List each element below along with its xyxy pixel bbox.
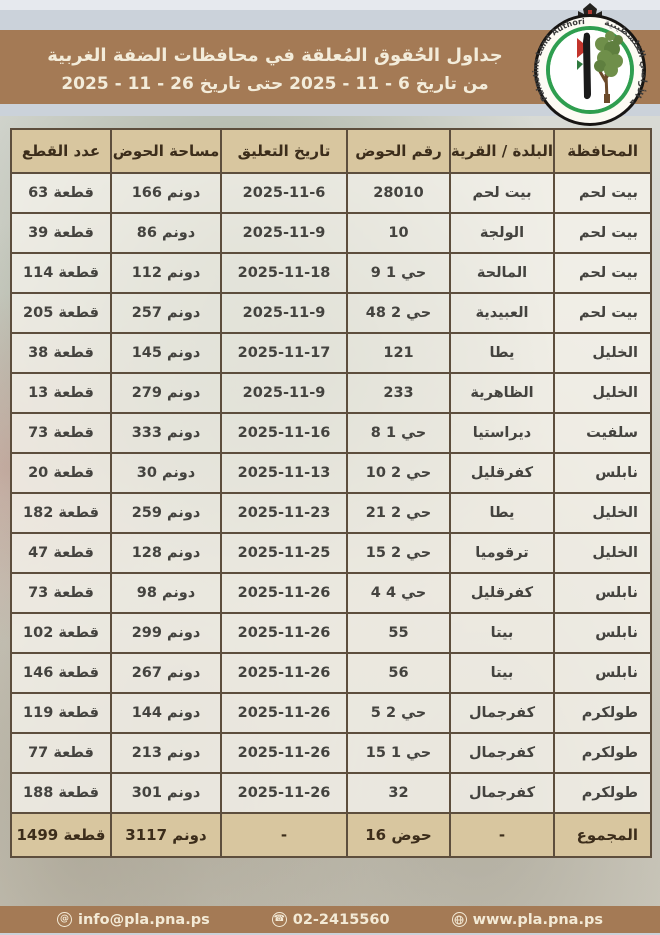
table-row: طولكرمكفرجمال322025-11-26301 دونم188 قطع… [11,773,651,813]
table-row: نابلسكفرقليل10 حي 22025-11-1330 دونم20 ق… [11,453,651,493]
cell-governorate: طولكرم [554,693,651,733]
cell-governorate: الخليل [554,333,651,373]
cell-plots-count: 47 قطعة [11,533,111,573]
suspended-rights-table: المحافظةالبلدة / القريةرقم الحوضتاريخ ال… [10,128,652,858]
table-row: سلفيتديراستيا8 حي 12025-11-16333 دونم73 … [11,413,651,453]
cell-suspension-date: 2025-11-9 [221,373,347,413]
cell-basin-number: 121 [347,333,450,373]
page-title: جداول الحُقوق المُعلقة في محافظات الضفة … [20,41,530,99]
globe-icon [452,912,467,927]
cell-governorate: سلفيت [554,413,651,453]
cell-town-village: كفرقليل [450,453,554,493]
table-row: نابلسبيتا552025-11-26299 دونم102 قطعة [11,613,651,653]
column-header-governorate: المحافظة [554,129,651,173]
total-cell-suspension-date: - [221,813,347,857]
cell-governorate: نابلس [554,573,651,613]
pla-logo: Palestine Land Authority سلطة الأراضي ال… [526,2,654,130]
cell-basin-number: 10 [347,213,450,253]
cell-town-village: العبيدية [450,293,554,333]
table-row: الخليلترقوميا15 حي 22025-11-25128 دونم47… [11,533,651,573]
table-row: الخليلالظاهرية2332025-11-9279 دونم13 قطع… [11,373,651,413]
cell-town-village: بيتا [450,613,554,653]
cell-suspension-date: 2025-11-25 [221,533,347,573]
total-cell-basin-number: 16 حوض [347,813,450,857]
cell-plots-count: 205 قطعة [11,293,111,333]
cell-suspension-date: 2025-11-26 [221,613,347,653]
table-row: الخليليطا21 حي 22025-11-23259 دونم182 قط… [11,493,651,533]
cell-plots-count: 13 قطعة [11,373,111,413]
email-icon: @ [57,912,72,927]
cell-basin-area: 257 دونم [111,293,221,333]
cell-basin-area: 299 دونم [111,613,221,653]
cell-basin-number: 28010 [347,173,450,213]
cell-basin-number: 15 حي 1 [347,733,450,773]
cell-basin-area: 166 دونم [111,173,221,213]
table-row: نابلسبيتا562025-11-26267 دونم146 قطعة [11,653,651,693]
cell-town-village: كفرقليل [450,573,554,613]
cell-governorate: طولكرم [554,733,651,773]
cell-town-village: بيت لحم [450,173,554,213]
cell-basin-area: 145 دونم [111,333,221,373]
cell-basin-number: 21 حي 2 [347,493,450,533]
total-cell-plots-count: 1499 قطعة [11,813,111,857]
cell-town-village: كفرجمال [450,693,554,733]
cell-governorate: الخليل [554,493,651,533]
cell-basin-number: 233 [347,373,450,413]
cell-basin-area: 301 دونم [111,773,221,813]
cell-suspension-date: 2025-11-9 [221,293,347,333]
cell-suspension-date: 2025-11-18 [221,253,347,293]
cell-plots-count: 73 قطعة [11,413,111,453]
cell-suspension-date: 2025-11-26 [221,693,347,733]
cell-town-village: يطا [450,493,554,533]
cell-basin-number: 9 حي 1 [347,253,450,293]
cell-plots-count: 146 قطعة [11,653,111,693]
column-header-basin-area: مساحة الحوض [111,129,221,173]
cell-plots-count: 102 قطعة [11,613,111,653]
cell-plots-count: 73 قطعة [11,573,111,613]
cell-governorate: نابلس [554,653,651,693]
cell-plots-count: 188 قطعة [11,773,111,813]
cell-basin-number: 4 حي 4 [347,573,450,613]
cell-basin-number: 56 [347,653,450,693]
table-row: طولكرمكفرجمال5 حي 22025-11-26144 دونم119… [11,693,651,733]
cell-suspension-date: 2025-11-26 [221,573,347,613]
cell-plots-count: 38 قطعة [11,333,111,373]
cell-basin-number: 48 حي 2 [347,293,450,333]
cell-basin-area: 112 دونم [111,253,221,293]
cell-town-village: ديراستيا [450,413,554,453]
phone-icon: ☎ [272,912,287,927]
cell-plots-count: 114 قطعة [11,253,111,293]
cell-basin-area: 213 دونم [111,733,221,773]
table-body: بيت لحمبيت لحم280102025-11-6166 دونم63 ق… [11,173,651,813]
cell-plots-count: 39 قطعة [11,213,111,253]
cell-suspension-date: 2025-11-23 [221,493,347,533]
cell-governorate: نابلس [554,613,651,653]
cell-basin-number: 32 [347,773,450,813]
cell-governorate: طولكرم [554,773,651,813]
cell-plots-count: 77 قطعة [11,733,111,773]
cell-plots-count: 182 قطعة [11,493,111,533]
cell-governorate: بيت لحم [554,173,651,213]
cell-basin-number: 5 حي 2 [347,693,450,733]
cell-basin-area: 267 دونم [111,653,221,693]
phone-text: 02-2415560 [293,912,390,928]
cell-basin-number: 15 حي 2 [347,533,450,573]
cell-suspension-date: 2025-11-9 [221,213,347,253]
cell-governorate: نابلس [554,453,651,493]
cell-basin-area: 86 دونم [111,213,221,253]
table-row: بيت لحمبيت لحم280102025-11-6166 دونم63 ق… [11,173,651,213]
page: جداول الحُقوق المُعلقة في محافظات الضفة … [0,0,660,935]
table-row: الخليليطا1212025-11-17145 دونم38 قطعة [11,333,651,373]
cell-town-village: المالحة [450,253,554,293]
cell-town-village: كفرجمال [450,733,554,773]
cell-town-village: كفرجمال [450,773,554,813]
cell-town-village: يطا [450,333,554,373]
cell-plots-count: 63 قطعة [11,173,111,213]
cell-basin-area: 128 دونم [111,533,221,573]
total-cell-town-village: - [450,813,554,857]
column-header-town-village: البلدة / القرية [450,129,554,173]
table-row: بيت لحمالمالحة9 حي 12025-11-18112 دونم11… [11,253,651,293]
email-text: info@pla.pna.ps [78,912,210,928]
cell-suspension-date: 2025-11-6 [221,173,347,213]
contact-email: @ info@pla.pna.ps [57,912,210,928]
table-row: طولكرمكفرجمال15 حي 12025-11-26213 دونم77… [11,733,651,773]
cell-town-village: ترقوميا [450,533,554,573]
cell-basin-area: 144 دونم [111,693,221,733]
table-row: بيت لحمالولجة102025-11-986 دونم39 قطعة [11,213,651,253]
cell-suspension-date: 2025-11-17 [221,333,347,373]
cell-suspension-date: 2025-11-16 [221,413,347,453]
cell-governorate: بيت لحم [554,253,651,293]
cell-suspension-date: 2025-11-26 [221,733,347,773]
cell-basin-number: 55 [347,613,450,653]
cell-basin-area: 279 دونم [111,373,221,413]
cell-town-village: الظاهرية [450,373,554,413]
total-row: المجموع-16 حوض-3117 دونم1499 قطعة [11,813,651,857]
cell-plots-count: 20 قطعة [11,453,111,493]
contact-phone: ☎ 02-2415560 [272,912,390,928]
header-row: المحافظةالبلدة / القريةرقم الحوضتاريخ ال… [11,129,651,173]
column-header-basin-number: رقم الحوض [347,129,450,173]
total-cell-governorate: المجموع [554,813,651,857]
cell-governorate: بيت لحم [554,293,651,333]
title-line-1: جداول الحُقوق المُعلقة في محافظات الضفة … [20,41,530,70]
website-text: www.pla.pna.ps [473,912,603,928]
contact-website: www.pla.pna.ps [452,912,603,928]
total-cell-basin-area: 3117 دونم [111,813,221,857]
table-row: نابلسكفرقليل4 حي 42025-11-2698 دونم73 قط… [11,573,651,613]
cell-town-village: الولجة [450,213,554,253]
cell-basin-number: 8 حي 1 [347,413,450,453]
cell-basin-area: 30 دونم [111,453,221,493]
cell-basin-area: 333 دونم [111,413,221,453]
column-header-plots-count: عدد القطع [11,129,111,173]
cell-governorate: بيت لحم [554,213,651,253]
cell-plots-count: 119 قطعة [11,693,111,733]
cell-town-village: بيتا [450,653,554,693]
cell-suspension-date: 2025-11-26 [221,653,347,693]
cell-basin-number: 10 حي 2 [347,453,450,493]
footer-band: @ info@pla.pna.ps ☎ 02-2415560 www.pla.p… [0,906,660,933]
cell-governorate: الخليل [554,373,651,413]
table-row: بيت لحمالعبيدية48 حي 22025-11-9257 دونم2… [11,293,651,333]
cell-suspension-date: 2025-11-26 [221,773,347,813]
column-header-suspension-date: تاريخ التعليق [221,129,347,173]
cell-basin-area: 259 دونم [111,493,221,533]
cell-suspension-date: 2025-11-13 [221,453,347,493]
cell-governorate: الخليل [554,533,651,573]
title-line-2: من تاريخ 6 - 11 - 2025 حتى تاريخ 26 - 11… [20,70,530,99]
cell-basin-area: 98 دونم [111,573,221,613]
